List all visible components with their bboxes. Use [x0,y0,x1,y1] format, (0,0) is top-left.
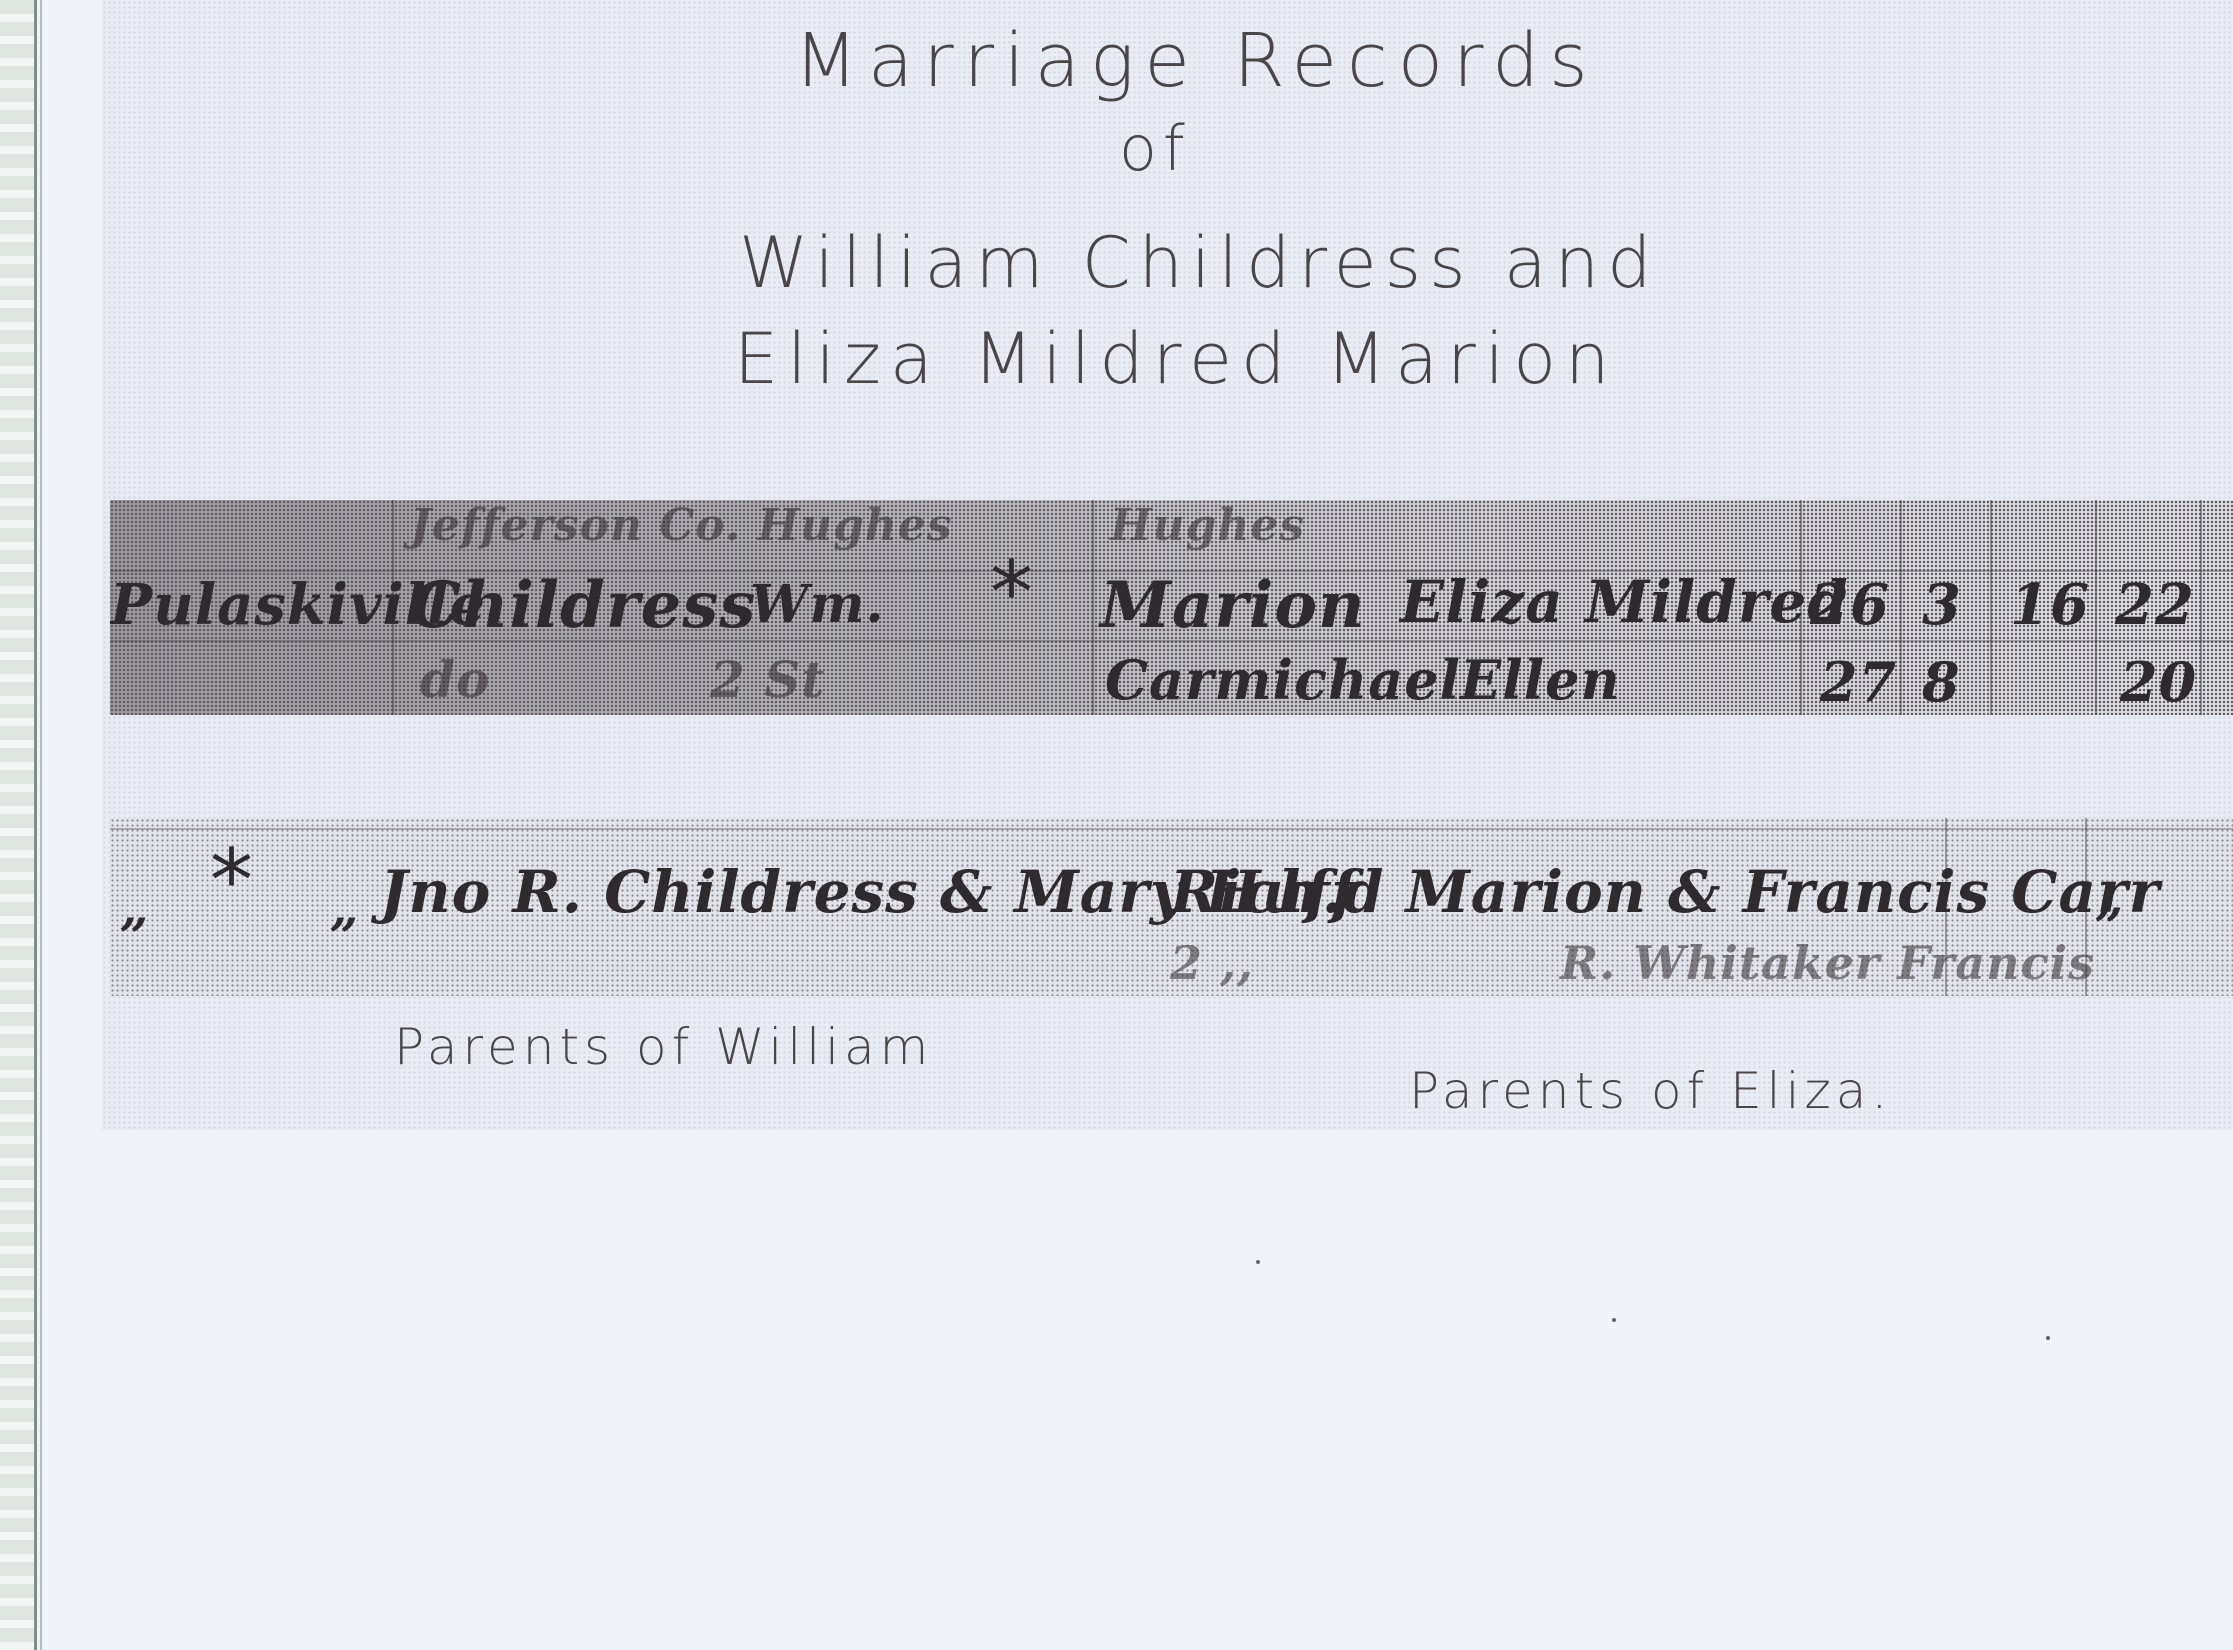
next-groom-surname: do [420,650,490,709]
next-bride-given: Ellen [1460,648,1621,712]
caption-parents-of-william: Parents of William [394,1018,933,1076]
next-bride-surname: Carmichael [1105,648,1461,712]
marriage-register-strip: Jefferson Co. Hughes Hughes Pulaskiville… [110,500,2233,715]
ledger-column-line [2200,500,2202,715]
title-line-2: of [1119,112,1191,185]
asterisk-marker-icon: * [210,838,253,924]
groom-surname: Childress [410,568,756,643]
bride-parents: Rich.d Marion & Francis Carr [1170,858,2160,926]
title-line-3: William Childress and [739,222,1660,304]
asterisk-marker-icon: * [990,550,1033,636]
faint-row-text: R. Whitaker Francis [1560,936,2095,990]
scan-speck [1612,1318,1616,1322]
next-record-value: 27 [1820,650,1897,714]
faint-row-text: Hughes [1110,500,1305,551]
scan-speck [2046,1336,2050,1340]
ledger-rule [110,828,2233,830]
ledger-column-line [1990,500,1992,715]
bride-surname: Marion [1100,568,1366,643]
title-line-1: Marriage Records [794,18,1598,104]
record-value-age: 26 [1810,572,1890,638]
record-value: 3 [1922,572,1962,638]
next-record-value: 20 [2120,650,2197,714]
caption-parents-of-eliza: Parents of Eliza. [1409,1062,1892,1120]
next-record-value: 8 [1922,650,1961,714]
title-line-4: Eliza Mildred Marion [734,318,1618,400]
record-value: 22 [2115,572,2195,638]
ledger-column-line [1092,500,1094,715]
ledger-column-line [1900,500,1902,715]
ledger-column-line [2095,500,2097,715]
faint-row-text: Jefferson Co. Hughes [410,500,953,551]
sleeve-border-line [40,0,42,1650]
ditto-mark: „ [120,878,150,937]
parents-register-strip: „ * „ Jno R. Childress & Mary Huff Rich.… [110,818,2233,996]
next-groom-given: 2 St [710,650,825,709]
scan-speck [1256,1260,1260,1264]
ditto-mark: „ [330,878,360,937]
binder-sleeve-edge [0,0,37,1650]
ditto-mark: „ [2095,868,2125,927]
record-value: 16 [2010,572,2090,638]
document-page: Marriage Records of William Childress an… [44,0,2233,1650]
faint-row-text: 2 ,, [1170,936,1254,990]
groom-given-name: Wm. [750,574,885,635]
bride-given-name: Eliza Mildred [1400,568,1849,636]
